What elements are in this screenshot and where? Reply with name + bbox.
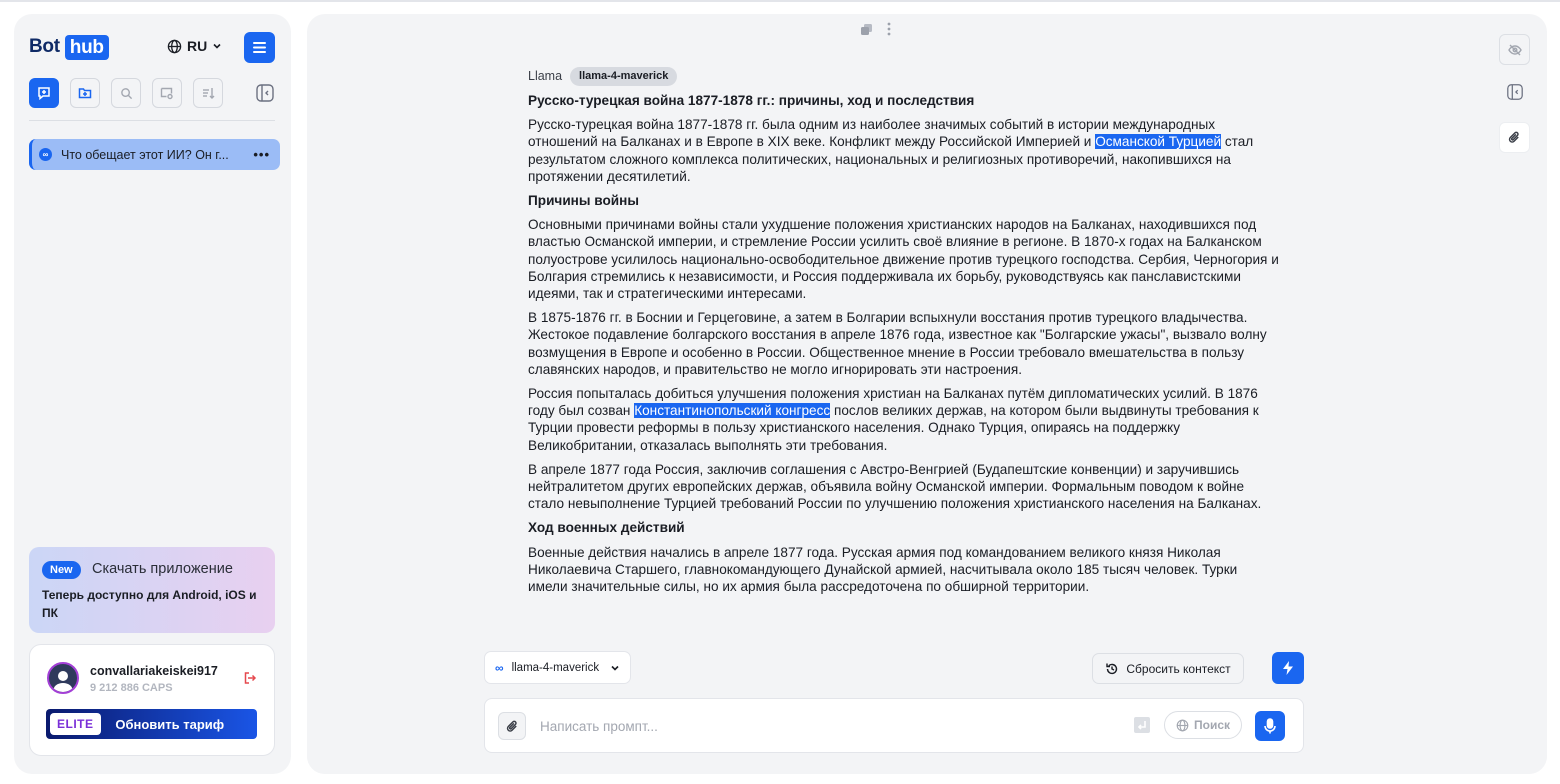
chevron-down-icon — [212, 41, 222, 51]
globe-icon — [1176, 719, 1189, 732]
download-app-banner[interactable]: New Скачать приложение Теперь доступно д… — [29, 547, 275, 633]
model-selector[interactable]: ∞ llama-4-maverick — [484, 651, 631, 684]
paragraph: В апреле 1877 года Россия, заключив согл… — [528, 461, 1280, 513]
paperclip-icon — [506, 720, 519, 733]
paragraph: Россия попыталась добиться улучшения пол… — [528, 385, 1280, 454]
lightning-icon — [1283, 661, 1293, 675]
provider-name: Llama — [528, 69, 562, 83]
meta-icon: ∞ — [39, 148, 52, 161]
model-badge: llama-4-maverick — [570, 67, 677, 86]
paperclip-icon — [1508, 131, 1521, 144]
paragraph: Военные действия начались в апреле 1877 … — [528, 544, 1280, 596]
language-selector[interactable]: RU — [167, 38, 222, 54]
prompt-input[interactable] — [540, 713, 1100, 739]
collapse-sidebar-button[interactable] — [255, 83, 275, 108]
chat-plus-icon — [37, 86, 51, 100]
user-card: convallariakeiskei917 9 212 886 CAPS ELI… — [29, 644, 275, 756]
chat-area: Llama llama-4-maverick Русско-турецкая в… — [307, 14, 1547, 774]
chat-options-button[interactable]: ••• — [253, 147, 270, 162]
plan-badge: ELITE — [50, 713, 101, 735]
selected-text: Константинопольский конгресс — [634, 403, 830, 418]
chat-settings-button[interactable] — [152, 78, 182, 108]
search-toggle-label: Поиск — [1194, 718, 1230, 732]
sidebar: Bot hub RU ∞ Что обещает этот ИИ? Он г..… — [14, 14, 291, 774]
expand-right-panel-button[interactable] — [1499, 76, 1530, 107]
reset-context-label: Сбросить контекст — [1126, 662, 1230, 676]
logout-icon — [243, 671, 257, 685]
prompt-composer: Поиск — [484, 698, 1304, 753]
meta-icon: ∞ — [495, 661, 504, 675]
main-menu-button[interactable] — [244, 32, 275, 63]
language-code: RU — [187, 38, 207, 54]
window-top-border — [0, 0, 1560, 2]
intro-paragraph: Русско-турецкая война 1877-1878 гг. была… — [528, 116, 1280, 185]
vertical-dots-icon — [887, 22, 891, 36]
attach-file-button[interactable] — [498, 712, 526, 740]
section-heading-course: Ход военных действий — [528, 519, 1280, 536]
assistant-message: Llama llama-4-maverick Русско-турецкая в… — [528, 66, 1280, 602]
copy-button[interactable] — [860, 23, 873, 41]
message-header: Llama llama-4-maverick — [528, 66, 1280, 86]
enter-icon — [1134, 717, 1150, 733]
logo-text-hub: hub — [65, 35, 109, 60]
sidebar-divider — [29, 120, 275, 121]
selected-model: llama-4-maverick — [512, 662, 602, 674]
logout-button[interactable] — [243, 671, 257, 690]
copy-icon — [860, 23, 873, 36]
message-title: Русско-турецкая война 1877-1878 гг.: при… — [528, 92, 1280, 109]
promo-description: Теперь доступно для Android, iOS и ПК — [42, 586, 268, 622]
promo-title: Скачать приложение — [92, 561, 233, 577]
more-options-button[interactable] — [887, 22, 891, 41]
chat-title: Что обещает этот ИИ? Он г... — [61, 148, 253, 162]
section-heading-causes: Причины войны — [528, 192, 1280, 209]
attachments-button[interactable] — [1499, 122, 1530, 153]
panel-toggle-icon — [1506, 83, 1524, 101]
user-icon — [52, 668, 74, 692]
new-chat-button[interactable] — [29, 78, 59, 108]
search-chats-button[interactable] — [111, 78, 141, 108]
new-badge: New — [42, 561, 81, 579]
upgrade-label: Обновить тариф — [101, 717, 239, 732]
sidebar-collapse-icon — [255, 83, 275, 103]
sort-icon — [201, 86, 215, 100]
sort-chats-button[interactable] — [193, 78, 223, 108]
web-search-toggle[interactable]: Поиск — [1164, 711, 1242, 739]
globe-icon — [167, 39, 182, 54]
avatar[interactable] — [47, 662, 79, 694]
bothub-logo[interactable]: Bot hub — [29, 34, 109, 60]
sidebar-toolbar — [29, 78, 223, 108]
chat-gear-icon — [160, 86, 174, 100]
right-rail — [1499, 34, 1530, 153]
history-reset-icon — [1105, 662, 1119, 676]
username: convallariakeiskei917 — [90, 664, 218, 678]
reset-context-button[interactable]: Сбросить контекст — [1092, 653, 1244, 684]
upgrade-plan-button[interactable]: ELITE Обновить тариф — [46, 709, 257, 739]
hide-panel-button[interactable] — [1499, 34, 1530, 65]
microphone-icon — [1264, 718, 1276, 734]
new-folder-button[interactable] — [70, 78, 100, 108]
paragraph: В 1875-1876 гг. в Боснии и Герцеговине, … — [528, 309, 1280, 378]
selected-text: Османской Турцией — [1095, 134, 1221, 149]
eye-off-icon — [1508, 43, 1522, 57]
search-icon — [120, 87, 133, 100]
hamburger-icon — [253, 42, 266, 53]
message-toolbar — [860, 22, 891, 41]
message-content: Русско-турецкая война 1877-1878 гг.: при… — [528, 92, 1280, 595]
chat-list-item[interactable]: ∞ Что обещает этот ИИ? Он г... ••• — [29, 139, 280, 170]
folder-plus-icon — [78, 86, 92, 100]
voice-input-button[interactable] — [1255, 711, 1285, 741]
logo-text-bot: Bot — [29, 36, 60, 58]
caps-balance: 9 212 886 CAPS — [90, 682, 173, 694]
paragraph: Основными причинами войны стали ухудшени… — [528, 216, 1280, 302]
chevron-down-icon — [610, 663, 620, 673]
send-button[interactable] — [1134, 717, 1150, 738]
quick-mode-button[interactable] — [1272, 652, 1304, 684]
